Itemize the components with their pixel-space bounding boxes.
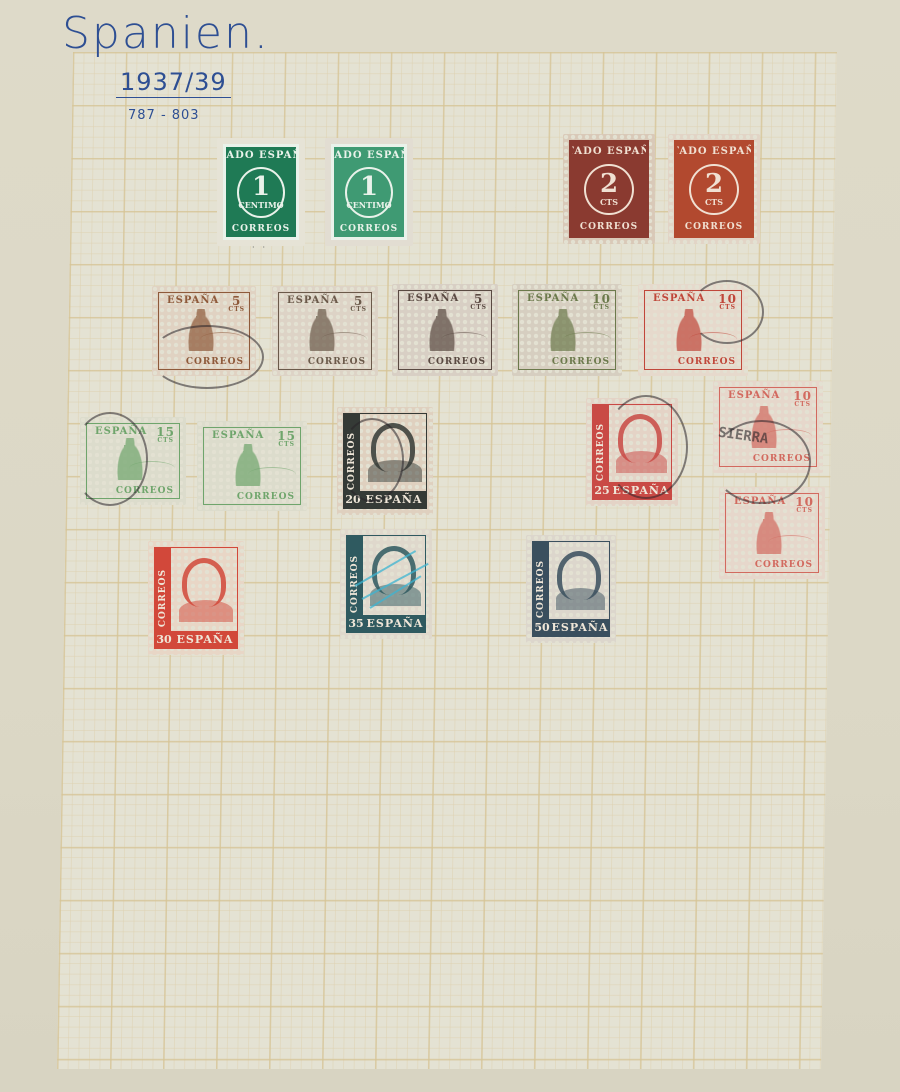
stamp-value: 25 — [593, 484, 611, 497]
stamp-design: ESPAÑA 10CTS CORREOS — [719, 387, 817, 467]
el-cid-scene — [523, 311, 611, 357]
stamp-bottom-text: CORREOS — [519, 357, 615, 369]
stamp-bottom-text: CORREOS — [232, 224, 290, 234]
value-oval: 2 CTS — [689, 164, 739, 216]
stamp-side-text: CORREOS — [158, 569, 168, 627]
stamp-cid-5: ESPAÑA 5CTS CORREOS — [272, 286, 378, 376]
value-band: 35ESPAÑA — [347, 615, 425, 632]
stamp-bottom-text: CORREOS — [204, 492, 300, 504]
value-oval: 1 CENTIMO — [345, 167, 392, 218]
landscape — [689, 332, 737, 347]
el-cid-scene — [649, 311, 737, 357]
stamp-isabel-20: CORREOS Isabel la Católica 20ESPAÑA — [337, 407, 433, 515]
el-cid-scene — [403, 311, 487, 357]
landscape — [768, 535, 814, 550]
el-cid-scene — [730, 514, 814, 560]
stamp-design: ESPAÑA 15CTS CORREOS — [203, 427, 301, 505]
value-oval: 2 CTS — [584, 164, 634, 216]
stamp-cid-10: ESPAÑA 10CTS CORREOS — [638, 284, 748, 376]
catalogue-numbers: 787 - 803 — [128, 108, 200, 123]
country-heading: Spanien. — [62, 8, 270, 59]
year-range: 1937/39 — [116, 68, 231, 98]
stamp-design: CORREOS Isabel la Católica 50ESPAÑA — [532, 541, 610, 637]
stamp-cid-10: ESPAÑA 10CTS CORREOS — [713, 381, 823, 473]
stamp-value: 50 — [533, 621, 551, 634]
stamp-design: ESTADO ESPAÑOL 2 CTS CORREOS — [569, 140, 649, 238]
value-band: 20ESPAÑA — [344, 491, 426, 508]
stamp-design: ESPAÑA 5CTS CORREOS — [278, 292, 372, 370]
landscape — [764, 429, 812, 444]
stamp-numeral-2: ESTADO ESPAÑOL 2 CTS CORREOS — [563, 134, 655, 244]
landscape — [321, 332, 367, 347]
stamp-top-text: ESTADO ESPAÑOL — [674, 146, 754, 157]
stamp-bottom-text: CORREOS — [720, 454, 816, 466]
stamp-bottom-text: CORREOS — [645, 357, 741, 369]
stamp-bottom-text: CORREOS — [399, 357, 491, 369]
stamp-side-text: CORREOS — [347, 432, 357, 490]
stamp-side-text: CORREOS — [596, 423, 606, 481]
portrait-bust — [616, 451, 667, 473]
stamp-cid-15: ESPAÑA 15CTS CORREOS — [80, 417, 186, 505]
stamp-value: 35 — [347, 617, 365, 630]
stamp-unit: CTS — [600, 197, 618, 207]
landscape — [563, 332, 611, 347]
stamp-side-text: CORREOS — [536, 560, 546, 618]
stamp-unit: CENTIMO — [238, 200, 283, 210]
stamp-bottom-text: ESPAÑA — [551, 621, 609, 634]
stamp-cid-15: ESPAÑA 15CTS CORREOS — [197, 421, 307, 511]
stamp-value: 20 — [344, 493, 362, 506]
el-cid-scene — [724, 408, 812, 454]
stamp-bottom-text: CORREOS — [685, 222, 743, 232]
el-cid-scene — [283, 313, 367, 357]
stamp-design: CORREOS Isabel la Católica 30ESPAÑA — [154, 547, 238, 649]
stamp-value: 2 — [600, 171, 618, 197]
portrait-bust — [556, 588, 605, 610]
album-page: Spanien. 1937/39 787 - 803 ESTADO ESPAÑO… — [0, 0, 900, 1092]
stamp-design: CORREOS Isabel la Católica 20ESPAÑA — [343, 413, 427, 509]
stamp-value: 1 — [360, 174, 378, 200]
stamp-cid-10: ESPAÑA 10CTS CORREOS — [719, 487, 825, 579]
stamp-isabel-50: CORREOS Isabel la Católica 50ESPAÑA — [526, 535, 616, 643]
stamp-value: 2 — [705, 171, 723, 197]
stamp-top-text: ESTADO ESPAÑOL — [331, 150, 407, 161]
value-band: 30ESPAÑA — [155, 631, 237, 648]
stamp-design: ESTADO ESPAÑOL 1 CENTIMO CORREOS — [223, 144, 299, 240]
stamp-isabel-30: CORREOS Isabel la Católica 30ESPAÑA — [148, 541, 244, 655]
el-cid-scene — [208, 448, 296, 492]
stamp-bottom-text: CORREOS — [580, 222, 638, 232]
stamp-bottom-text: CORREOS — [279, 357, 371, 369]
stamp-numeral-2: ESTADO ESPAÑOL 2 CTS CORREOS — [668, 134, 760, 244]
stamp-top-text: ESTADO ESPAÑOL — [569, 146, 649, 157]
stamp-bottom-text: CORREOS — [87, 486, 179, 498]
stamp-unit: CTS — [705, 197, 723, 207]
stamp-value: 30 — [155, 633, 173, 646]
stamp-value: 1 — [252, 174, 270, 200]
stamp-isabel-25: CORREOS Isabel la Católica 25ESPAÑA — [586, 398, 678, 506]
stamp-bottom-text: ESPAÑA — [362, 493, 426, 506]
stamp-bottom-text: CORREOS — [726, 560, 818, 572]
stamp-design: ESPAÑA 10CTS CORREOS — [725, 493, 819, 573]
landscape — [248, 467, 296, 482]
value-band: 25ESPAÑA — [593, 482, 671, 499]
landscape — [441, 332, 487, 347]
stamp-design: CORREOS Isabel la Católica 25ESPAÑA — [592, 404, 672, 500]
pencil-dots: ·· — [252, 243, 273, 252]
portrait-bust — [368, 460, 422, 482]
stamp-cid-5: ESPAÑA 5CTS CORREOS — [152, 286, 256, 376]
stamp-numeral-1: ESTADO ESPAÑOL 1 CENTIMO CORREOS — [325, 138, 413, 246]
stamp-unit: CENTIMO — [346, 200, 391, 210]
stamp-design: ESTADO ESPAÑOL 2 CTS CORREOS — [674, 140, 754, 238]
stamp-design: ESPAÑA 10CTS CORREOS — [518, 290, 616, 370]
stamp-cid-10: ESPAÑA 10CTS CORREOS — [512, 284, 622, 376]
stamp-design: ESPAÑA 10CTS CORREOS — [644, 290, 742, 370]
landscape — [129, 461, 175, 476]
value-oval: 1 CENTIMO — [237, 167, 284, 218]
portrait-bust — [179, 600, 233, 622]
value-band: 50ESPAÑA — [533, 619, 609, 636]
stamp-bottom-text: CORREOS — [159, 357, 249, 369]
stamp-design: ESPAÑA 5CTS CORREOS — [158, 292, 250, 370]
stamp-design: ESPAÑA 5CTS CORREOS — [398, 290, 492, 370]
stamp-bottom-text: ESPAÑA — [173, 633, 237, 646]
stamp-numeral-1: ESTADO ESPAÑOL 1 CENTIMO CORREOS — [217, 138, 305, 246]
stamp-design: ESTADO ESPAÑOL 1 CENTIMO CORREOS — [331, 144, 407, 240]
stamp-design: ESPAÑA 15CTS CORREOS — [86, 423, 180, 499]
el-cid-scene — [163, 313, 245, 357]
stamp-bottom-text: ESPAÑA — [365, 617, 425, 630]
stamp-bottom-text: CORREOS — [340, 224, 398, 234]
stamp-bottom-text: ESPAÑA — [611, 484, 671, 497]
stamp-top-text: ESTADO ESPAÑOL — [223, 150, 299, 161]
el-cid-scene — [91, 444, 175, 486]
stamp-cid-5: ESPAÑA 5CTS CORREOS — [392, 284, 498, 376]
landscape — [200, 332, 245, 347]
